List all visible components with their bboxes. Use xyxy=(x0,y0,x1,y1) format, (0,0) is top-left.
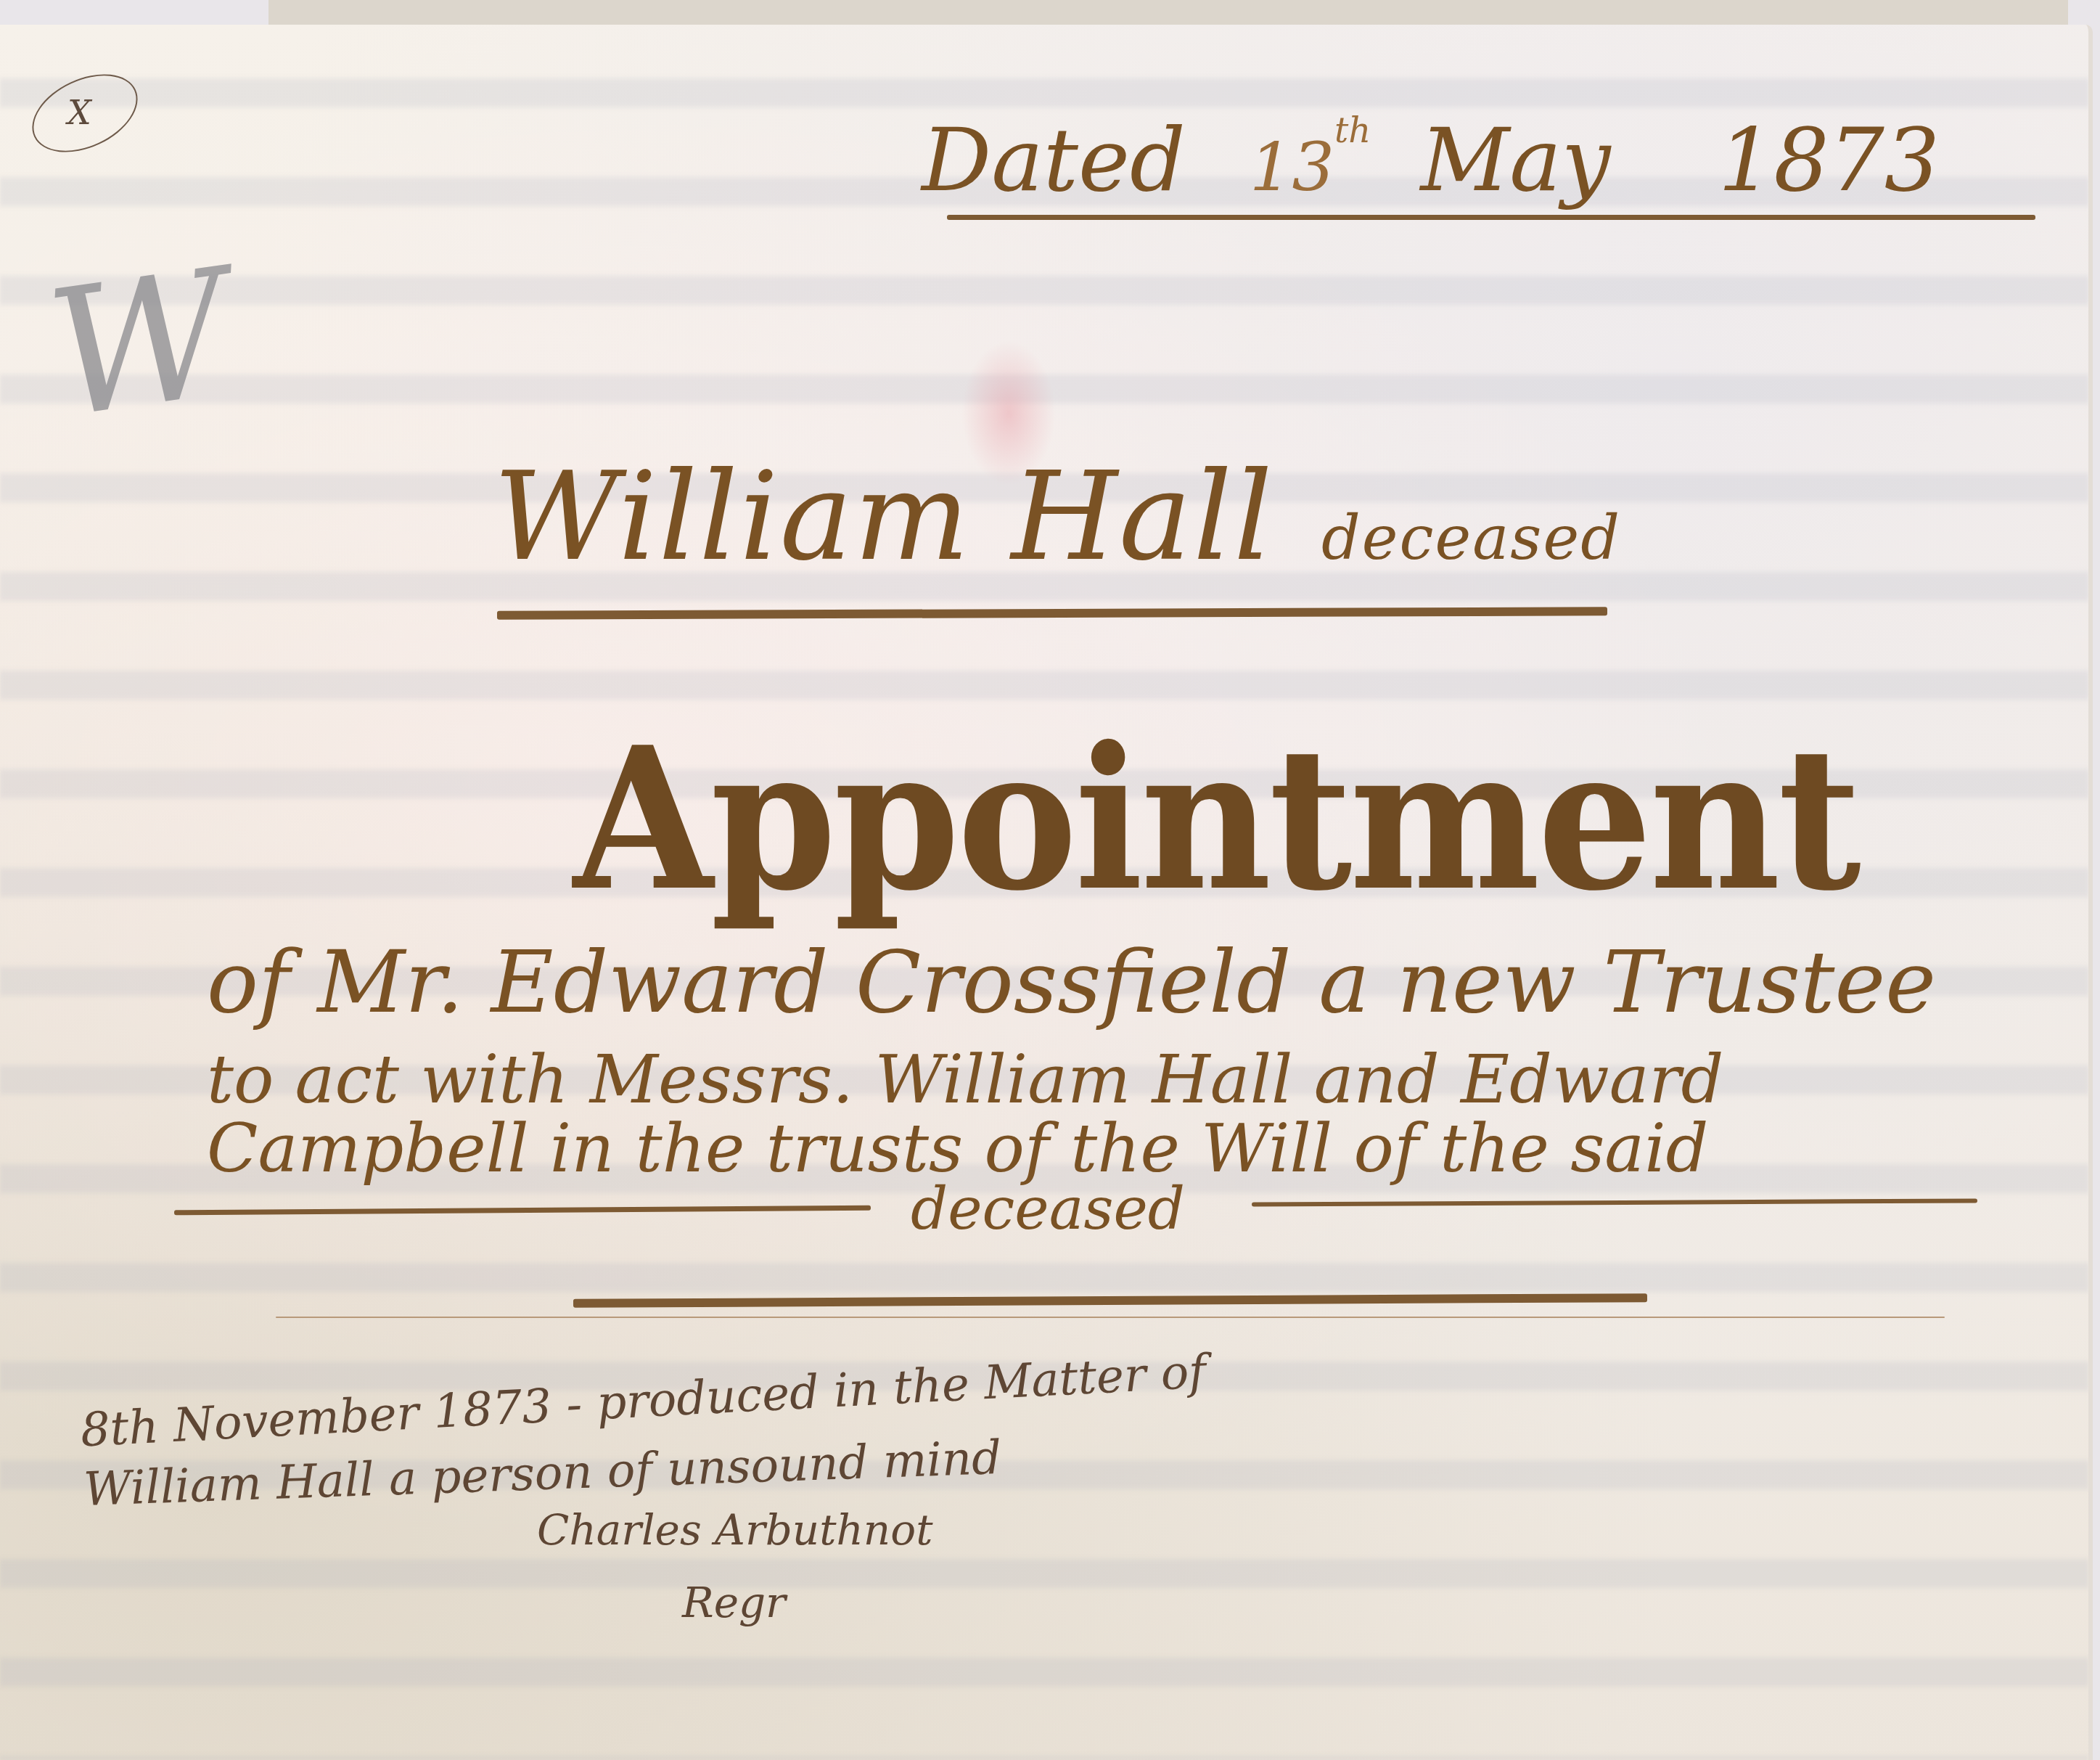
document-title: Appointment xyxy=(573,703,1858,934)
heading-name-text: William Hall xyxy=(493,446,1274,588)
heading-qualifier: deceased xyxy=(1321,502,1621,573)
heading-name: William Hall deceased xyxy=(493,446,1621,588)
dated-underline xyxy=(947,215,2035,220)
corner-mark-text: X xyxy=(67,93,91,132)
deed-paper: X W Dated 13th May 1873 William Hall dec… xyxy=(0,25,2093,1760)
separator-thin-rule xyxy=(276,1317,1945,1318)
dated-day: 13th xyxy=(1250,128,1371,206)
day-suffix: th xyxy=(1334,110,1371,151)
day-number: 13 xyxy=(1250,128,1334,206)
body-line-1: of Mr. Edward Crossfield a new Trustee xyxy=(207,932,1936,1032)
endorsement-signature: Charles Arbuthnot xyxy=(537,1505,932,1555)
endorsement-signature-title: Regr xyxy=(682,1578,786,1627)
dated-label: Dated xyxy=(922,110,1186,211)
body-line-4: deceased xyxy=(911,1175,1185,1243)
dated-month: May xyxy=(1420,110,1610,211)
dated-year: 1873 xyxy=(1718,110,1940,211)
pencil-monogram: W xyxy=(38,231,243,457)
page-top-edge xyxy=(268,0,2068,28)
body-line-2: to act with Messrs. William Hall and Edw… xyxy=(207,1041,1723,1118)
dated-line: Dated 13th May 1873 xyxy=(922,110,1940,211)
